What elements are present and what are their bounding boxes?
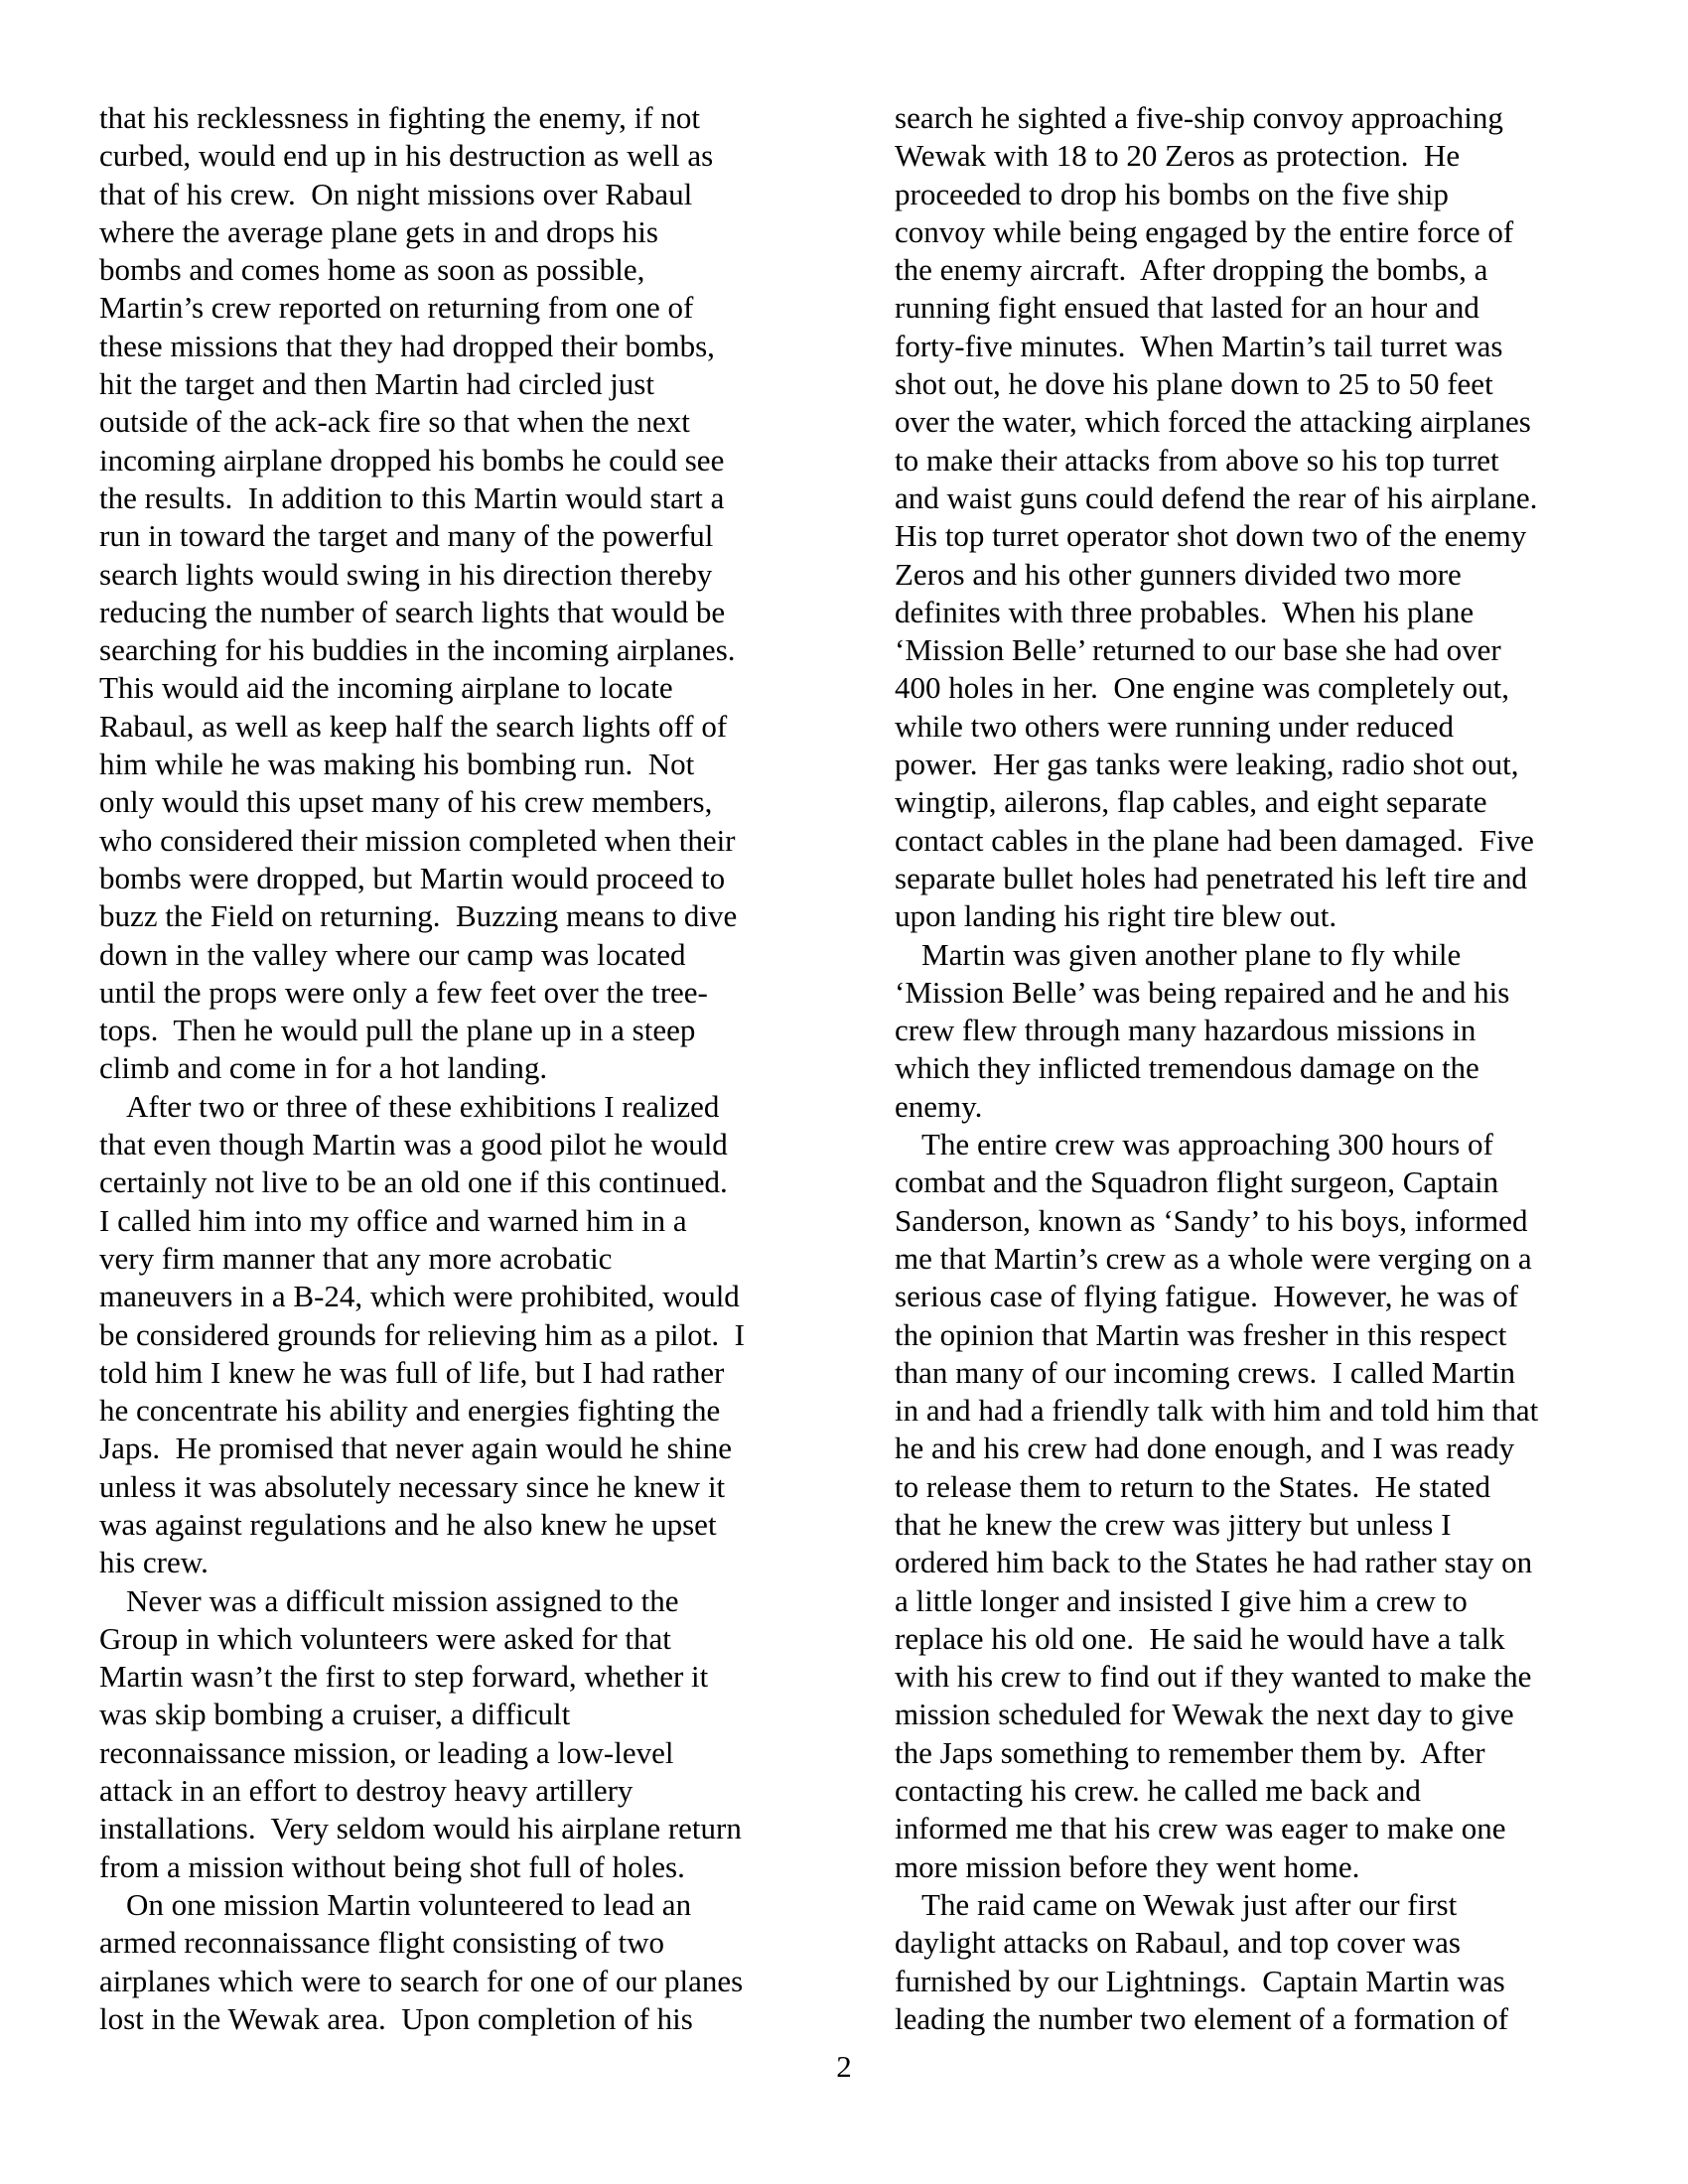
text-line: and waist guns could defend the rear of …	[895, 479, 1590, 517]
text-line: ‘Mission Belle’ returned to our base she…	[895, 631, 1590, 669]
text-line: daylight attacks on Rabaul, and top cove…	[895, 1924, 1590, 1962]
text-line: Martin’s crew reported on returning from…	[99, 289, 794, 327]
text-line: was against regulations and he also knew…	[99, 1506, 794, 1544]
text-line: search lights would swing in his directi…	[99, 556, 794, 594]
text-line: who considered their mission completed w…	[99, 822, 794, 860]
text-line: crew flew through many hazardous mission…	[895, 1012, 1590, 1049]
text-line: furnished by our Lightnings. Captain Mar…	[895, 1963, 1590, 2000]
text-line: in and had a friendly talk with him and …	[895, 1392, 1590, 1430]
text-line: to release them to return to the States.…	[895, 1468, 1590, 1506]
text-line: down in the valley where our camp was lo…	[99, 936, 794, 974]
text-line: wingtip, ailerons, flap cables, and eigh…	[895, 783, 1590, 821]
text-line: airplanes which were to search for one o…	[99, 1963, 794, 2000]
text-line: a little longer and insisted I give him …	[895, 1582, 1590, 1620]
text-line: him while he was making his bombing run.…	[99, 746, 794, 783]
text-line: which they inflicted tremendous damage o…	[895, 1049, 1590, 1087]
text-line: that he knew the crew was jittery but un…	[895, 1506, 1590, 1544]
text-line: than many of our incoming crews. I calle…	[895, 1354, 1590, 1392]
text-line: His top turret operator shot down two of…	[895, 517, 1590, 555]
text-line: combat and the Squadron flight surgeon, …	[895, 1163, 1590, 1201]
text-line: separate bullet holes had penetrated his…	[895, 860, 1590, 897]
text-line: maneuvers in a B-24, which were prohibit…	[99, 1278, 794, 1315]
text-line: Martin wasn’t the first to step forward,…	[99, 1658, 794, 1696]
text-line: contacting his crew. he called me back a…	[895, 1772, 1590, 1810]
text-line: This would aid the incoming airplane to …	[99, 669, 794, 707]
text-line: I called him into my office and warned h…	[99, 1202, 794, 1240]
text-line: Japs. He promised that never again would…	[99, 1430, 794, 1467]
text-line: bombs were dropped, but Martin would pro…	[99, 860, 794, 897]
text-line: only would this upset many of his crew m…	[99, 783, 794, 821]
text-line: me that Martin’s crew as a whole were ve…	[895, 1240, 1590, 1278]
text-line: climb and come in for a hot landing.	[99, 1049, 794, 1087]
text-line: installations. Very seldom would his air…	[99, 1810, 794, 1847]
text-line: Sanderson, known as ‘Sandy’ to his boys,…	[895, 1202, 1590, 1240]
text-line: until the props were only a few feet ove…	[99, 974, 794, 1012]
text-line: Wewak with 18 to 20 Zeros as protection.…	[895, 137, 1590, 175]
text-line: where the average plane gets in and drop…	[99, 213, 794, 251]
paragraph-start-line: After two or three of these exhibitions …	[99, 1088, 794, 1126]
text-line: enemy.	[895, 1088, 1590, 1126]
text-line: Group in which volunteers were asked for…	[99, 1620, 794, 1658]
paragraph-start-line: Never was a difficult mission assigned t…	[99, 1582, 794, 1620]
text-line: tops. Then he would pull the plane up in…	[99, 1012, 794, 1049]
paragraph-start-line: The entire crew was approaching 300 hour…	[895, 1126, 1590, 1163]
text-line: certainly not live to be an old one if t…	[99, 1163, 794, 1201]
text-line: convoy while being engaged by the entire…	[895, 213, 1590, 251]
text-line: reconnaissance mission, or leading a low…	[99, 1734, 794, 1772]
text-line: run in toward the target and many of the…	[99, 517, 794, 555]
text-line: while two others were running under redu…	[895, 708, 1590, 746]
left-column: that his recklessness in fighting the en…	[99, 99, 794, 2038]
text-line: the opinion that Martin was fresher in t…	[895, 1316, 1590, 1354]
text-line: told him I knew he was full of life, but…	[99, 1354, 794, 1392]
text-line: outside of the ack-ack fire so that when…	[99, 403, 794, 441]
text-line: very firm manner that any more acrobatic	[99, 1240, 794, 1278]
text-line: shot out, he dove his plane down to 25 t…	[895, 365, 1590, 403]
text-line: search he sighted a five-ship convoy app…	[895, 99, 1590, 137]
text-line: upon landing his right tire blew out.	[895, 897, 1590, 935]
text-line: incoming airplane dropped his bombs he c…	[99, 442, 794, 479]
text-line: hit the target and then Martin had circl…	[99, 365, 794, 403]
text-line: contact cables in the plane had been dam…	[895, 822, 1590, 860]
text-line: replace his old one. He said he would ha…	[895, 1620, 1590, 1658]
text-line: armed reconnaissance flight consisting o…	[99, 1924, 794, 1962]
text-line: these missions that they had dropped the…	[99, 328, 794, 365]
text-line: forty-five minutes. When Martin’s tail t…	[895, 328, 1590, 365]
text-line: that his recklessness in fighting the en…	[99, 99, 794, 137]
text-line: lost in the Wewak area. Upon completion …	[99, 2000, 794, 2038]
right-column: search he sighted a five-ship convoy app…	[895, 99, 1590, 2038]
text-line: with his crew to find out if they wanted…	[895, 1658, 1590, 1696]
text-line: informed me that his crew was eager to m…	[895, 1810, 1590, 1847]
document-page: that his recklessness in fighting the en…	[0, 0, 1688, 2184]
text-line: Rabaul, as well as keep half the search …	[99, 708, 794, 746]
text-line: bombs and comes home as soon as possible…	[99, 251, 794, 289]
text-line: unless it was absolutely necessary since…	[99, 1468, 794, 1506]
text-line: serious case of flying fatigue. However,…	[895, 1278, 1590, 1315]
text-line: Zeros and his other gunners divided two …	[895, 556, 1590, 594]
text-line: the Japs something to remember them by. …	[895, 1734, 1590, 1772]
text-line: curbed, would end up in his destruction …	[99, 137, 794, 175]
text-line: mission scheduled for Wewak the next day…	[895, 1696, 1590, 1733]
paragraph-start-line: On one mission Martin volunteered to lea…	[99, 1886, 794, 1924]
paragraph-start-line: Martin was given another plane to fly wh…	[895, 936, 1590, 974]
text-line: running fight ensued that lasted for an …	[895, 289, 1590, 327]
text-line: from a mission without being shot full o…	[99, 1848, 794, 1886]
text-line: to make their attacks from above so his …	[895, 442, 1590, 479]
text-line: that even though Martin was a good pilot…	[99, 1126, 794, 1163]
text-line: power. Her gas tanks were leaking, radio…	[895, 746, 1590, 783]
text-line: was skip bombing a cruiser, a difficult	[99, 1696, 794, 1733]
text-line: leading the number two element of a form…	[895, 2000, 1590, 2038]
text-line: the results. In addition to this Martin …	[99, 479, 794, 517]
text-line: ordered him back to the States he had ra…	[895, 1544, 1590, 1581]
text-line: he and his crew had done enough, and I w…	[895, 1430, 1590, 1467]
text-line: reducing the number of search lights tha…	[99, 594, 794, 631]
page-number: 2	[0, 2048, 1688, 2086]
text-line: that of his crew. On night missions over…	[99, 176, 794, 213]
text-line: more mission before they went home.	[895, 1848, 1590, 1886]
text-line: he concentrate his ability and energies …	[99, 1392, 794, 1430]
paragraph-start-line: The raid came on Wewak just after our fi…	[895, 1886, 1590, 1924]
text-line: searching for his buddies in the incomin…	[99, 631, 794, 669]
text-line: over the water, which forced the attacki…	[895, 403, 1590, 441]
text-line: his crew.	[99, 1544, 794, 1581]
text-line: 400 holes in her. One engine was complet…	[895, 669, 1590, 707]
text-line: buzz the Field on returning. Buzzing mea…	[99, 897, 794, 935]
text-line: ‘Mission Belle’ was being repaired and h…	[895, 974, 1590, 1012]
text-line: proceeded to drop his bombs on the five …	[895, 176, 1590, 213]
text-line: attack in an effort to destroy heavy art…	[99, 1772, 794, 1810]
text-line: definites with three probables. When his…	[895, 594, 1590, 631]
text-line: the enemy aircraft. After dropping the b…	[895, 251, 1590, 289]
text-line: be considered grounds for relieving him …	[99, 1316, 794, 1354]
